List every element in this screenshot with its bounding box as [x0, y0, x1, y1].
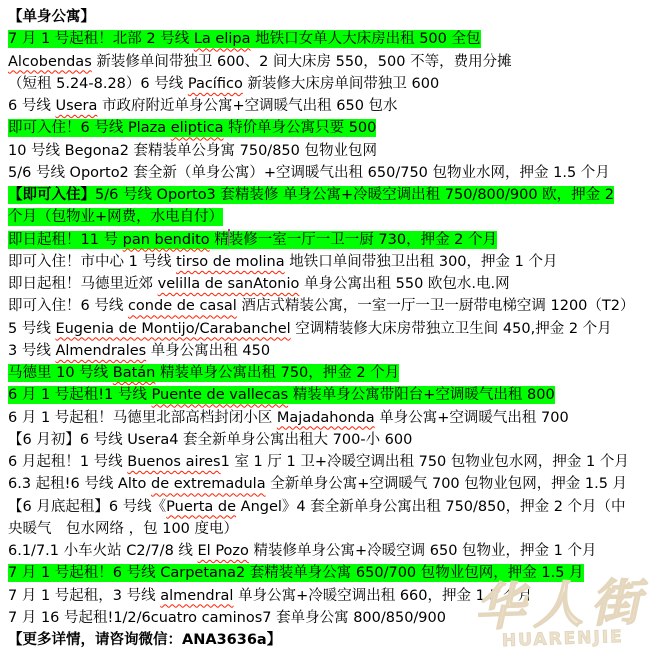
- listing-line: 5 号线 Eugenia de Montijo/Carabanchel 空调精装…: [8, 318, 653, 340]
- text-segment: 7 月 1 号起租，3 号线: [8, 588, 160, 604]
- text-segment: 【6 月底起租】6 号线《: [8, 499, 166, 515]
- listing-line: 即可入住！6 号线 conde de casal 酒店式精装公寓，一室一厅一卫一…: [8, 295, 653, 317]
- text-segment: 7 月 16 号起租!1/2/6cuatro caminos7 套单身公寓 80…: [8, 610, 446, 626]
- spellchecked-word: Eugenia de Montijo/Carabanchel: [55, 321, 290, 337]
- spellchecked-word: Pacífico: [188, 76, 243, 92]
- spellchecked-word: velilla de sanAtonio: [158, 276, 300, 292]
- text-segment: Angel》4 套全新单身公寓出租 750/850，押金 2 个月（中: [236, 499, 626, 515]
- text-segment: 特价单身公寓只要 500: [223, 119, 376, 137]
- spellchecked-word: Puente de vallecas: [152, 386, 289, 404]
- text-segment: 新装修大床房单间带独卫 600: [243, 76, 439, 92]
- listing-line: 【6 月初】6 号线 Usera4 套全新单身公寓出租大 700-小 600: [8, 429, 653, 451]
- spellchecked-word: Alcobendas: [8, 54, 92, 70]
- listing-line: 6 号线 Usera 市政府附近单身公寓+空调暖气出租 650 包水: [8, 95, 653, 117]
- text-segment: 市政府附近单身公寓+空调暖气出租 650 包水: [97, 98, 397, 114]
- text-segment: 6 月起租！1 号线: [8, 454, 127, 470]
- text-segment: 新装修单间带独卫 600、2 间大床房 550，500 不等，费用分摊: [92, 54, 512, 70]
- spellchecked-word: de extremadula: [151, 476, 266, 492]
- text-segment: 【单身公寓】: [8, 9, 95, 25]
- text-segment: 精装修单身公寓+冷暖空调 650 包物业，押金 1 个月: [249, 543, 597, 559]
- listing-line: 【即可入住】5/6 号线 Oporto3 套精装修 单身公寓+冷暖空调出租 75…: [8, 184, 653, 206]
- text-segment: 【6 月初】6 号线 Usera4 套全新单身公寓出租大 700-小 600: [8, 432, 412, 448]
- listing-line: 3 号线 Almendrales 单身公寓出租 450: [8, 340, 653, 362]
- text-segment: 5/6 号线 Oporto2 套全新（单身公寓）+空调暖气出租 650/750 …: [8, 165, 610, 181]
- spellchecked-word: eliptica: [171, 119, 224, 137]
- listing-line: 6 月 1 号起租！马德里北部高档封闭小区 Majadahonda 单身公寓+空…: [8, 407, 653, 429]
- text-segment: 6 月 1 号起租!1 号线: [8, 386, 152, 404]
- listing-line: 即可入住！市中心 1 号线 tirso de molina 地铁口单间带独卫出租…: [8, 251, 653, 273]
- listing-line: 6.3 起租!6 号线 Alto de extremadula 全新单身公寓+空…: [8, 473, 653, 495]
- text-segment: 1 室 1 厅 1 卫+冷暖空调出租 750 包物业包水网，押金 1 个月: [221, 454, 629, 470]
- spellchecked-word: La elipa: [194, 30, 251, 48]
- text-segment: 7 月 1 号起租！北部 2 号线: [8, 30, 194, 48]
- spellchecked-word: Batán: [113, 364, 156, 382]
- text-segment: 马德里 10 号线: [8, 364, 113, 382]
- spellchecked-word: Puerta de: [166, 499, 236, 515]
- text-segment: 酒店式精装公寓，一室一厅一卫一厨带电梯空调 1200（T2）: [237, 298, 635, 314]
- text-segment: 6 号线: [8, 98, 55, 114]
- spellchecked-word: Usera: [55, 98, 97, 114]
- spellchecked-word: almendral: [160, 588, 233, 604]
- text-segment: 单身公寓出租 450: [146, 343, 270, 359]
- listing-line: 马德里 10 号线 Batán 精装单身公寓出租 750，押金 2 个月: [8, 362, 653, 384]
- listing-line: 6 月起租！1 号线 Buenos aires1 室 1 厅 1 卫+冷暖空调出…: [8, 451, 653, 473]
- listing-line: 7 月 1 号起租！6 号线 Carpetana2 套精装单身公寓 650/70…: [8, 562, 653, 584]
- doc-title: 【单身公寓】: [8, 6, 653, 28]
- text-segment: 6.1/7.1 小车火站 C2/7/8 线: [8, 543, 198, 559]
- text-segment: 精: [210, 231, 229, 249]
- text-segment: 5/6 号线 Oporto3 套精装修 单身公寓+冷暖空调出租 750/800/…: [95, 186, 614, 204]
- spellchecked-word: Majadahonda: [277, 410, 375, 426]
- listing-line: 6.1/7.1 小车火站 C2/7/8 线 El Pozo 精装修单身公寓+冷暖…: [8, 540, 653, 562]
- text-segment: 全新单身公寓+空调暖气 700 包物业包网，押金 1.5 月: [266, 476, 627, 492]
- listing-line: 央暖气 包水网络 ，包 100 度电）: [8, 518, 653, 540]
- text-segment: 10 号线 Begona2 套精装单公身寓 750/850 包物业包网: [8, 143, 377, 159]
- document-body: 【单身公寓】7 月 1 号起租！北部 2 号线 La elipa 地铁口女单人大…: [0, 0, 655, 651]
- text-segment: 即日起租！11 号: [8, 231, 123, 249]
- text-segment: 个月（包物业+网费，水电自付）: [8, 208, 223, 226]
- text-segment: 即日起租！马德里近郊: [8, 276, 158, 292]
- text-segment: 装修一室一厅一卫一厨 730，押金 2 个月: [229, 231, 497, 249]
- text-segment: 单身公寓出租 550 欧包水.电.网: [299, 276, 509, 292]
- listing-line: 7 月 1 号起租！北部 2 号线 La elipa 地铁口女单人大床房出租 5…: [8, 28, 653, 50]
- spellchecked-word: pan bendito: [123, 231, 210, 249]
- listing-line: 即可入住！6 号线 Plaza eliptica 特价单身公寓只要 500: [8, 117, 653, 139]
- text-segment: 精装单身公寓带阳台+空调暖气出租 800: [288, 386, 555, 404]
- footer-contact: 【更多详情，请咨询微信：ANA3636a】: [8, 629, 653, 651]
- text-segment: 精装单身公寓出租 750，押金 2 个月: [155, 364, 399, 382]
- spellchecked-word: El Pozo: [198, 543, 249, 559]
- text-segment: 央暖气 包水网络 ，包 100 度电）: [8, 521, 238, 537]
- listing-line: Alcobendas 新装修单间带独卫 600、2 间大床房 550，500 不…: [8, 51, 653, 73]
- spellchecked-word: Almendrales: [55, 343, 146, 359]
- listing-line: （短租 5.24-8.28）6 号线 Pacífico 新装修大床房单间带独卫 …: [8, 73, 653, 95]
- listing-line: 【6 月底起租】6 号线《Puerta de Angel》4 套全新单身公寓出租…: [8, 496, 653, 518]
- text-segment: 【即可入住】: [8, 186, 95, 204]
- text-segment: 7 月 1 号起租！6 号线 Carpetana2 套精装单身公寓 650/70…: [8, 564, 584, 582]
- spellchecked-word: Buenos aires: [127, 454, 220, 470]
- listing-line: 7 月 16 号起租!1/2/6cuatro caminos7 套单身公寓 80…: [8, 607, 653, 629]
- text-segment: 【更多详情，请咨询微信：ANA3636a】: [8, 632, 281, 648]
- listing-line: 个月（包物业+网费，水电自付）: [8, 206, 653, 228]
- spellchecked-word: conde de casal: [128, 298, 237, 314]
- text-segment: 空调精装修大床房带独立卫生间 450,押金 2 个月: [291, 321, 612, 337]
- text-segment: 即可入住！6 号线 Plaza: [8, 119, 171, 137]
- text-segment: 6 月 1 号起租！马德里北部高档封闭小区: [8, 410, 277, 426]
- spellchecked-word: tirso de molina: [176, 254, 285, 270]
- text-segment: 地铁口女单人大床房出租 500 全包: [250, 30, 480, 48]
- text-segment: 5 号线: [8, 321, 55, 337]
- text-segment: 单身公寓+空调暖气出租 700: [375, 410, 569, 426]
- text-segment: 即可入住！6 号线: [8, 298, 128, 314]
- listing-line: 10 号线 Begona2 套精装单公身寓 750/850 包物业包网: [8, 140, 653, 162]
- text-segment: 6.3 起租!6 号线 Alto: [8, 476, 151, 492]
- listing-line: 7 月 1 号起租，3 号线 almendral 单身公寓+冷暖空调出租 660…: [8, 585, 653, 607]
- text-segment: 单身公寓+冷暖空调出租 660，押金 1.5 个月: [233, 588, 532, 604]
- text-segment: 3 号线: [8, 343, 55, 359]
- listing-line: 即日起租！11 号 pan bendito 精装修一室一厅一卫一厨 730，押金…: [8, 229, 653, 251]
- text-segment: 即可入住！市中心 1 号线: [8, 254, 176, 270]
- text-segment: 地铁口单间带独卫出租 300，押金 1 个月: [285, 254, 558, 270]
- listing-line: 即日起租！马德里近郊 velilla de sanAtonio 单身公寓出租 5…: [8, 273, 653, 295]
- text-segment: （短租 5.24-8.28）6 号线: [8, 76, 188, 92]
- listing-line: 5/6 号线 Oporto2 套全新（单身公寓）+空调暖气出租 650/750 …: [8, 162, 653, 184]
- listing-line: 6 月 1 号起租!1 号线 Puente de vallecas 精装单身公寓…: [8, 384, 653, 406]
